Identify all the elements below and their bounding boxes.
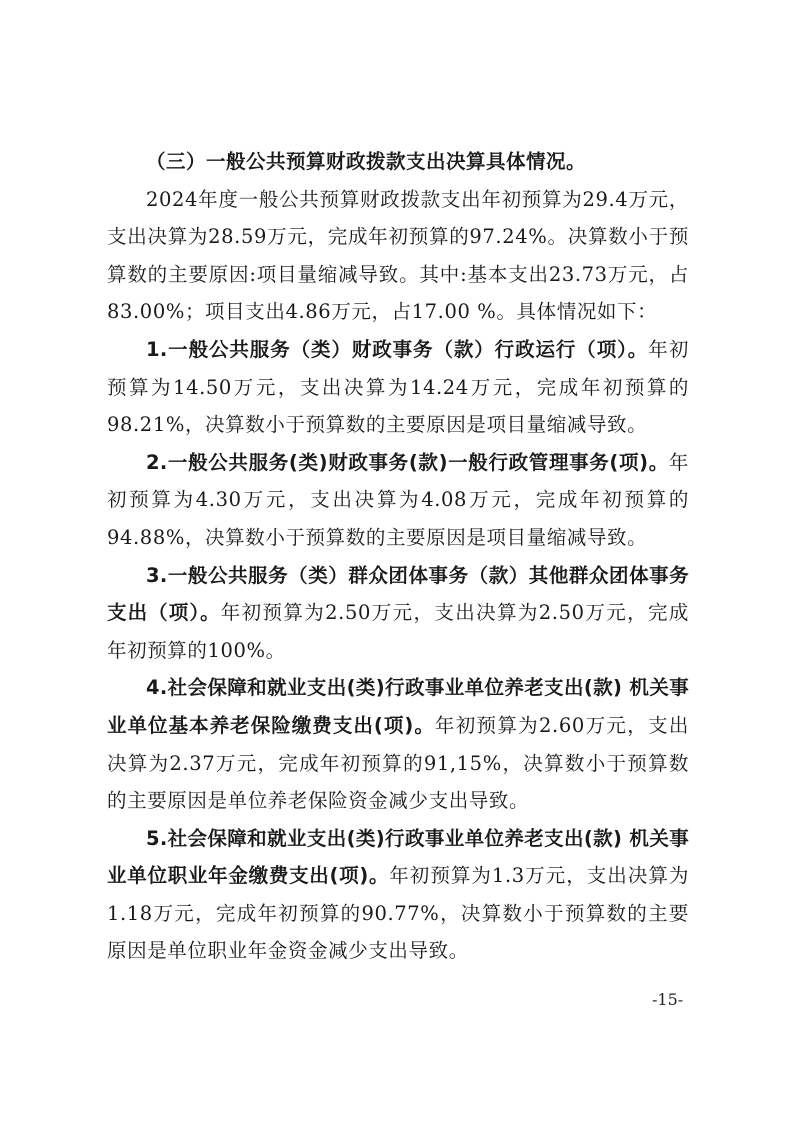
item-paragraph-5: 5.社会保障和就业支出(类)行政事业单位养老支出(款) 机关事业单位职业年金缴费… bbox=[107, 820, 689, 970]
item-paragraph-3: 3.一般公共服务（类）群众团体事务（款）其他群众团体事务支出（项）。年初预算为2… bbox=[107, 557, 689, 670]
item-paragraph-2: 2.一般公共服务(类)财政事务(款)一般行政管理事务(项)。年初预算为4.30万… bbox=[107, 444, 689, 557]
item-paragraph-1: 1.一般公共服务（类）财政事务（款）行政运行（项）。年初预算为14.50万元，支… bbox=[107, 331, 689, 444]
section-heading: （三）一般公共预算财政拨款支出决算具体情况。 bbox=[107, 143, 689, 181]
page-number: -15- bbox=[652, 990, 683, 1009]
intro-paragraph: 2024年度一般公共预算财政拨款支出年初预算为29.4万元，支出决算为28.59… bbox=[107, 181, 689, 331]
item-title-1: 1.一般公共服务（类）财政事务（款）行政运行（项）。 bbox=[146, 338, 648, 361]
item-title-2: 2.一般公共服务(类)财政事务(款)一般行政管理事务(项)。 bbox=[146, 451, 669, 474]
item-paragraph-4: 4.社会保障和就业支出(类)行政事业单位养老支出(款) 机关事业单位基本养老保险… bbox=[107, 669, 689, 819]
document-page: （三）一般公共预算财政拨款支出决算具体情况。 2024年度一般公共预算财政拨款支… bbox=[107, 143, 689, 970]
